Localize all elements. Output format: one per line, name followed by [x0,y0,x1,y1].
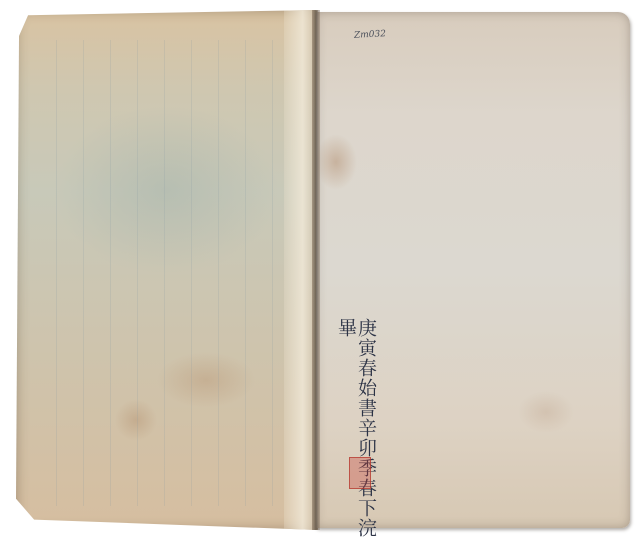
book-gutter [312,10,320,530]
left-page [16,10,318,530]
colophon-text: 庚寅春始書辛卯季春下浣畢 [352,318,376,544]
column-ruling [30,40,278,506]
catalog-mark: Zm032 [354,29,386,41]
open-manuscript: Zm032 庚寅春始書辛卯季春下浣畢 [0,0,640,544]
seal-stamp [349,457,371,489]
